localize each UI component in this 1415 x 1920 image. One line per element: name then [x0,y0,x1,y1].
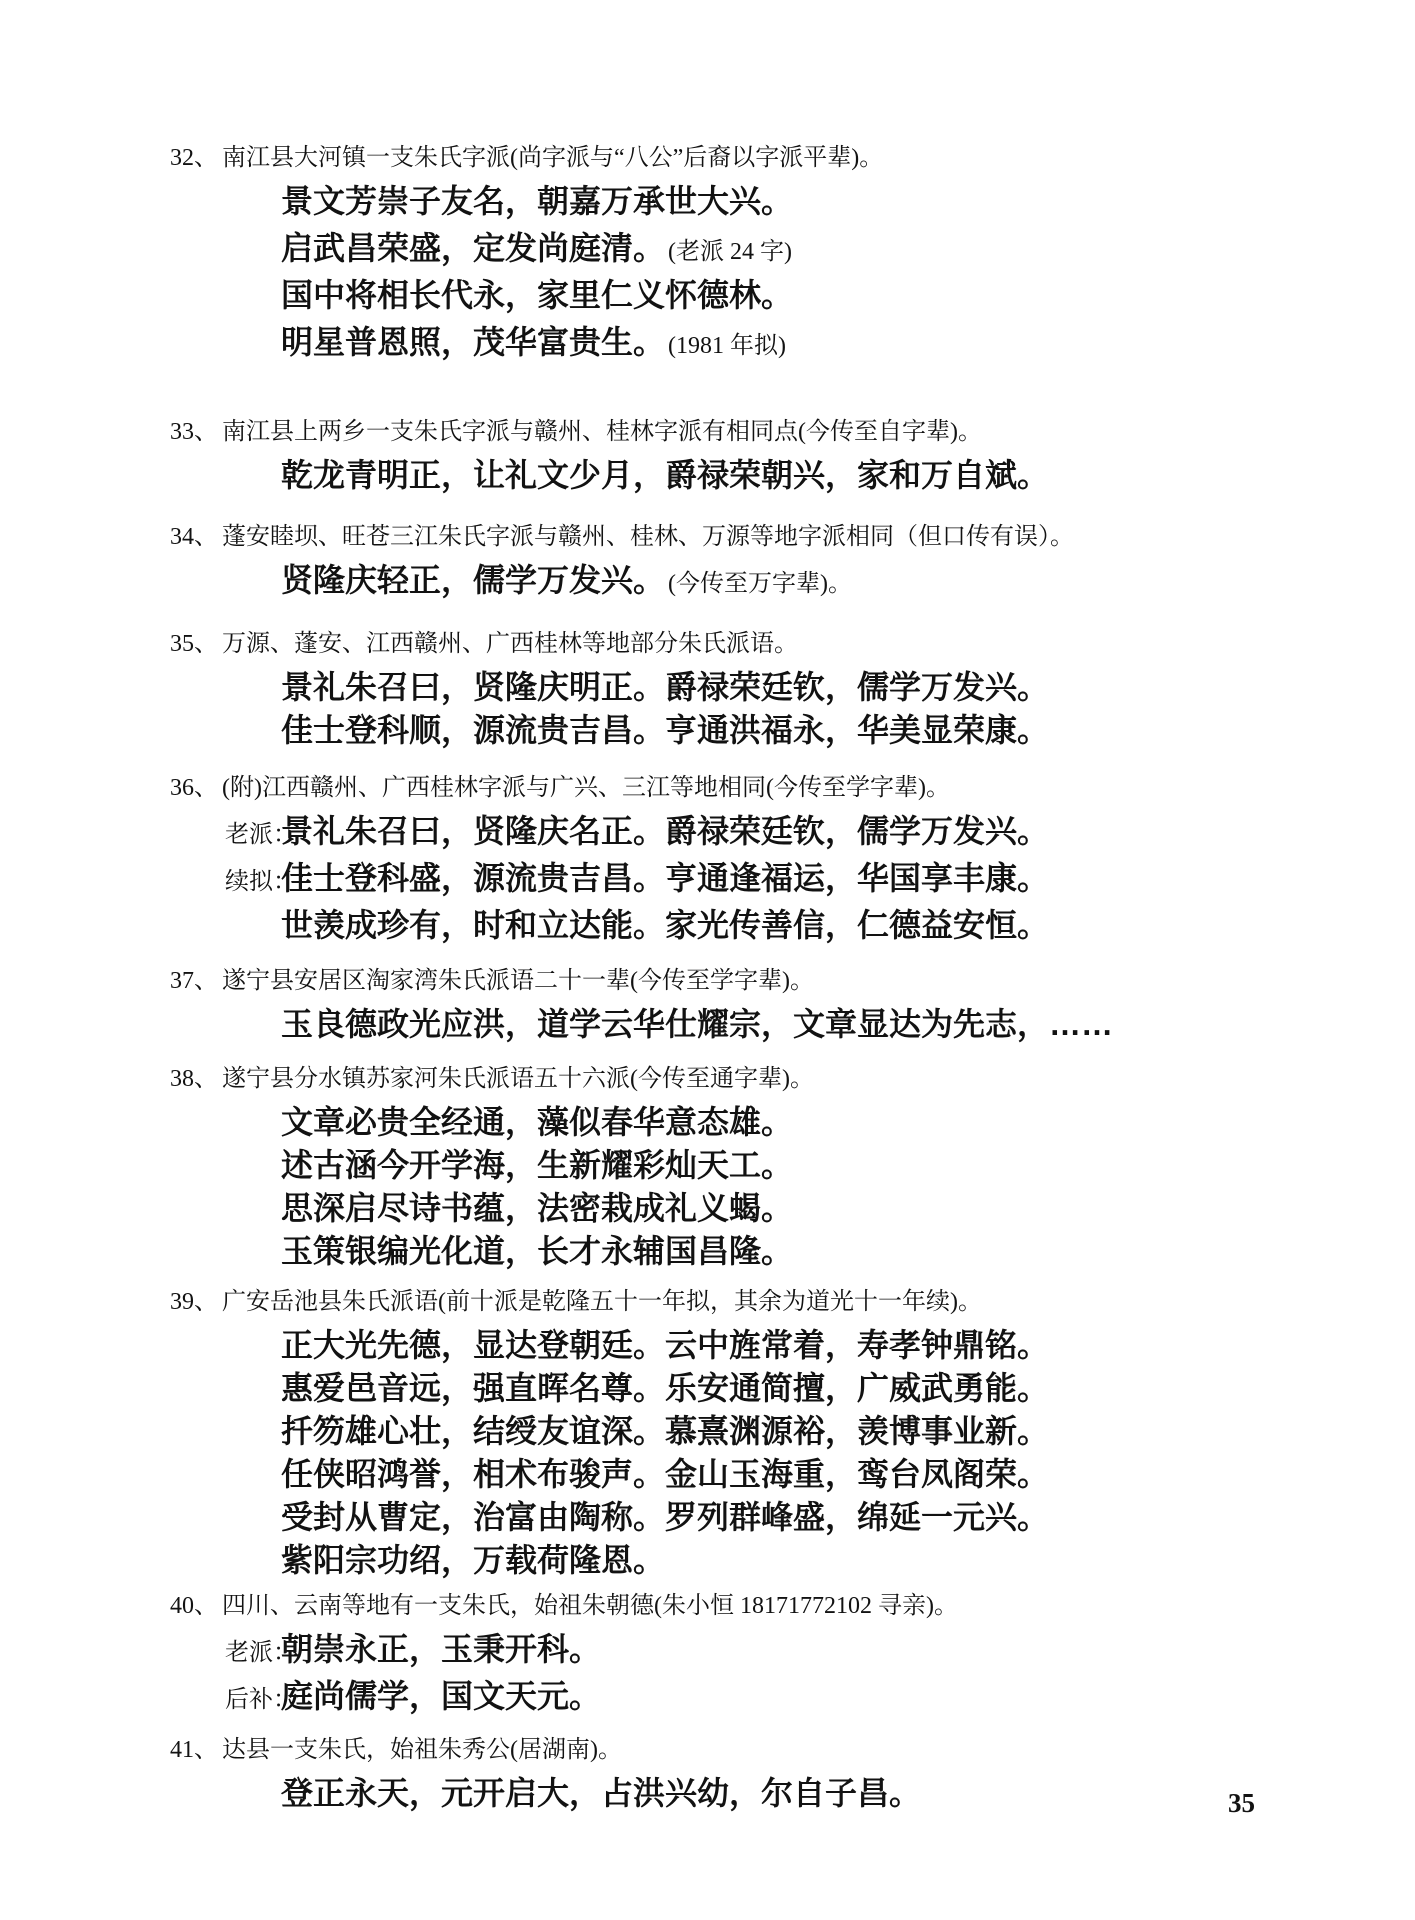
verse-line: 乾龙青明正，让礼文少月，爵禄荣朝兴，家和万自斌。 [170,454,1325,497]
verse-line: 述古涵今开学海，生新耀彩灿天工。 [170,1144,1325,1187]
verse-line: 任侠昭鸿誉，相术布骏声。金山玉海重，鸾台凤阁荣。 [170,1453,1325,1496]
verse-text: 世羡成珍有，时和立达能。家光传善信，仁德益安恒。 [281,907,1049,943]
verse-text: 思深启尽诗书蕴，法密栽成礼义蝎。 [281,1190,793,1226]
entry-header-text: 南江县上两乡一支朱氏字派与赣州、桂林字派有相同点(今传至自字辈)。 [222,419,982,445]
verse-line: 紫阳宗功绍，万载荷隆恩。 [170,1539,1325,1582]
document-page: 32、南江县大河镇一支朱氏字派(尚字派与“八公”后裔以字派平辈)。 景文芳崇子友… [0,0,1415,1920]
verse-text: 景文芳崇子友名，朝嘉万承世大兴。 [281,183,793,219]
entry-header: 41、达县一支朱氏，始祖朱秀公(居湖南)。 [170,1734,1325,1767]
verse-text: 朝崇永正，玉秉开科。 [281,1631,601,1667]
entry-number: 41、 [170,1737,218,1763]
entry-36: 36、(附)江西赣州、广西桂林字派与广兴、三江等地相同(今传至学字辈)。 老派：… [170,772,1325,947]
entry-34: 34、蓬安睦坝、旺苍三江朱氏字派与赣州、桂林、万源等地字派相同（但口传有误）。 … [170,521,1325,606]
entry-header-text: (附)江西赣州、广西桂林字派与广兴、三江等地相同(今传至学字辈)。 [222,775,950,801]
entry-header: 37、遂宁县安居区淘家湾朱氏派语二十一辈(今传至学字辈)。 [170,965,1325,998]
verse-line: 贤隆庆轻正，儒学万发兴。(今传至万字辈)。 [170,559,1325,606]
verse-line: 正大光先德，显达登朝廷。云中旌常着，寿孝钟鼎铭。 [170,1324,1325,1367]
entry-header-text: 达县一支朱氏，始祖朱秀公(居湖南)。 [222,1737,622,1763]
verse-text: 乾龙青明正，让礼文少月，爵禄荣朝兴，家和万自斌。 [281,457,1049,493]
verse-line: 文章必贵全经通，藻似春华意态雄。 [170,1101,1325,1144]
entry-header-text: 万源、蓬安、江西赣州、广西桂林等地部分朱氏派语。 [222,631,798,657]
entry-header-text: 遂宁县分水镇苏家河朱氏派语五十六派(今传至通字辈)。 [222,1066,814,1092]
verse-text: 明星普恩照，茂华富贵生。 [281,324,665,360]
verse-text: 景礼朱召曰，贤隆庆明正。爵禄荣廷钦，儒学万发兴。 [281,669,1049,705]
entry-33: 33、南江县上两乡一支朱氏字派与赣州、桂林字派有相同点(今传至自字辈)。 乾龙青… [170,416,1325,497]
verse-text: 惠爱邑音远，强直晖名尊。乐安通简擅，广威武勇能。 [281,1370,1049,1406]
entry-header: 40、四川、云南等地有一支朱氏，始祖朱朝德(朱小恒 18171772102 寻亲… [170,1590,1325,1623]
verse-line: 玉良德政光应洪，道学云华仕耀宗，文章显达为先志，…… [170,1003,1325,1046]
entry-number: 38、 [170,1066,218,1092]
entry-header-text: 遂宁县安居区淘家湾朱氏派语二十一辈(今传至学字辈)。 [222,968,814,994]
verse-label: 后补： [225,1679,281,1722]
verse-line: 佳士登科顺，源流贵吉昌。亨通洪福永，华美显荣康。 [170,709,1325,752]
entry-number: 40、 [170,1593,218,1619]
verse-label: 老派： [225,814,281,857]
verse-line: 思深启尽诗书蕴，法密栽成礼义蝎。 [170,1187,1325,1230]
entry-40: 40、四川、云南等地有一支朱氏，始祖朱朝德(朱小恒 18171772102 寻亲… [170,1590,1325,1722]
entry-header: 36、(附)江西赣州、广西桂林字派与广兴、三江等地相同(今传至学字辈)。 [170,772,1325,805]
entry-header: 33、南江县上两乡一支朱氏字派与赣州、桂林字派有相同点(今传至自字辈)。 [170,416,1325,449]
entry-header: 35、万源、蓬安、江西赣州、广西桂林等地部分朱氏派语。 [170,628,1325,661]
verse-text: 登正永天，元开启大，占洪兴幼，尔自子昌。 [281,1775,921,1811]
entry-header: 32、南江县大河镇一支朱氏字派(尚字派与“八公”后裔以字派平辈)。 [170,142,1325,175]
verse-text: 玉良德政光应洪，道学云华仕耀宗，文章显达为先志，…… [281,1006,1113,1042]
entry-number: 34、 [170,524,218,550]
entry-number: 39、 [170,1289,218,1315]
entry-number: 33、 [170,419,218,445]
verse-note: (今传至万字辈)。 [668,571,852,597]
verse-line: 老派：朝崇永正，玉秉开科。 [170,1628,1325,1675]
verse-line: 景礼朱召曰，贤隆庆明正。爵禄荣廷钦，儒学万发兴。 [170,666,1325,709]
entry-number: 36、 [170,775,218,801]
verse-text: 紫阳宗功绍，万载荷隆恩。 [281,1542,665,1578]
entry-number: 32、 [170,145,218,171]
verse-line: 国中将相长代永，家里仁义怀德林。 [170,274,1325,321]
verse-line: 惠爱邑音远，强直晖名尊。乐安通简擅，广威武勇能。 [170,1367,1325,1410]
verse-text: 正大光先德，显达登朝廷。云中旌常着，寿孝钟鼎铭。 [281,1327,1049,1363]
verse-text: 扦笏雄心壮，结绶友谊深。慕熹渊源裕，羡博事业新。 [281,1413,1049,1449]
entry-41: 41、达县一支朱氏，始祖朱秀公(居湖南)。 登正永天，元开启大，占洪兴幼，尔自子… [170,1734,1325,1815]
entry-35: 35、万源、蓬安、江西赣州、广西桂林等地部分朱氏派语。 景礼朱召曰，贤隆庆明正。… [170,628,1325,752]
verse-line: 老派：景礼朱召曰，贤隆庆名正。爵禄荣廷钦，儒学万发兴。 [170,810,1325,857]
verse-text: 启武昌荣盛，定发尚庭清。 [281,230,665,266]
verse-line: 后补：庭尚儒学，国文天元。 [170,1675,1325,1722]
verse-text: 佳士登科顺，源流贵吉昌。亨通洪福永，华美显荣康。 [281,712,1049,748]
entry-32: 32、南江县大河镇一支朱氏字派(尚字派与“八公”后裔以字派平辈)。 景文芳崇子友… [170,142,1325,368]
verse-line: 世羡成珍有，时和立达能。家光传善信，仁德益安恒。 [170,904,1325,947]
verse-text: 玉策银编光化道，长才永辅国昌隆。 [281,1233,793,1269]
entry-header: 34、蓬安睦坝、旺苍三江朱氏字派与赣州、桂林、万源等地字派相同（但口传有误）。 [170,521,1325,554]
entry-38: 38、遂宁县分水镇苏家河朱氏派语五十六派(今传至通字辈)。 文章必贵全经通，藻似… [170,1063,1325,1273]
verse-label: 老派： [225,1632,281,1675]
entry-header-text: 蓬安睦坝、旺苍三江朱氏字派与赣州、桂林、万源等地字派相同（但口传有误）。 [222,524,1074,550]
verse-text: 景礼朱召曰，贤隆庆名正。爵禄荣廷钦，儒学万发兴。 [281,813,1049,849]
verse-text: 佳士登科盛，源流贵吉昌。亨通逢福运，华国享丰康。 [281,860,1049,896]
verse-line: 景文芳崇子友名，朝嘉万承世大兴。 [170,180,1325,227]
verse-line: 登正永天，元开启大，占洪兴幼，尔自子昌。 [170,1772,1325,1815]
verse-text: 庭尚儒学，国文天元。 [281,1678,601,1714]
verse-text: 任侠昭鸿誉，相术布骏声。金山玉海重，鸾台凤阁荣。 [281,1456,1049,1492]
verse-text: 述古涵今开学海，生新耀彩灿天工。 [281,1147,793,1183]
verse-text: 文章必贵全经通，藻似春华意态雄。 [281,1104,793,1140]
verse-line: 明星普恩照，茂华富贵生。(1981 年拟) [170,321,1325,368]
entry-header: 39、广安岳池县朱氏派语(前十派是乾隆五十一年拟，其余为道光十一年续)。 [170,1286,1325,1319]
verse-label: 续拟： [225,861,281,904]
verse-line: 扦笏雄心壮，结绶友谊深。慕熹渊源裕，羡博事业新。 [170,1410,1325,1453]
verse-line: 受封从曹定，治富由陶称。罗列群峰盛，绵延一元兴。 [170,1496,1325,1539]
entry-header-text: 四川、云南等地有一支朱氏，始祖朱朝德(朱小恒 18171772102 寻亲)。 [222,1593,958,1619]
verse-line: 续拟：佳士登科盛，源流贵吉昌。亨通逢福运，华国享丰康。 [170,857,1325,904]
entry-37: 37、遂宁县安居区淘家湾朱氏派语二十一辈(今传至学字辈)。 玉良德政光应洪，道学… [170,965,1325,1046]
entry-header-text: 南江县大河镇一支朱氏字派(尚字派与“八公”后裔以字派平辈)。 [222,145,883,171]
entry-number: 35、 [170,631,218,657]
page-number: 35 [1228,1788,1255,1819]
verse-text: 国中将相长代永，家里仁义怀德林。 [281,277,793,313]
verse-text: 贤隆庆轻正，儒学万发兴。 [281,562,665,598]
entry-header: 38、遂宁县分水镇苏家河朱氏派语五十六派(今传至通字辈)。 [170,1063,1325,1096]
verse-note: (老派 24 字) [668,239,792,265]
verse-text: 受封从曹定，治富由陶称。罗列群峰盛，绵延一元兴。 [281,1499,1049,1535]
entry-39: 39、广安岳池县朱氏派语(前十派是乾隆五十一年拟，其余为道光十一年续)。 正大光… [170,1286,1325,1582]
verse-note: (1981 年拟) [668,333,786,359]
verse-line: 启武昌荣盛，定发尚庭清。(老派 24 字) [170,227,1325,274]
entry-header-text: 广安岳池县朱氏派语(前十派是乾隆五十一年拟，其余为道光十一年续)。 [222,1289,982,1315]
verse-line: 玉策银编光化道，长才永辅国昌隆。 [170,1230,1325,1273]
entry-number: 37、 [170,968,218,994]
